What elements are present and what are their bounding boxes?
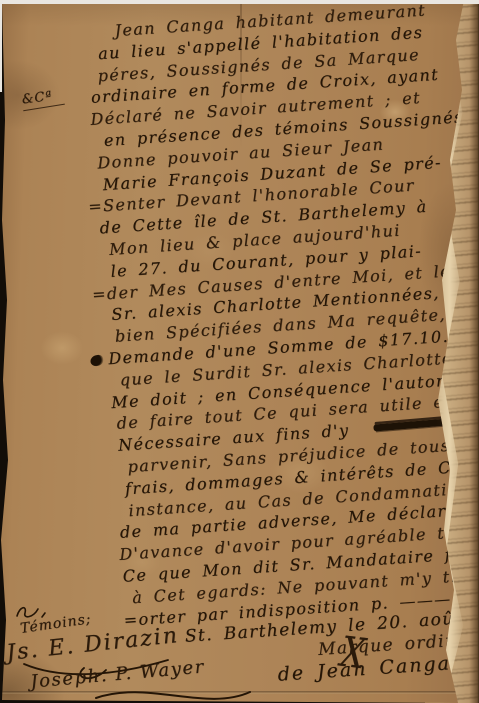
- top-light-strip: [0, 0, 479, 4]
- margin-note-text: &Cª: [21, 89, 53, 108]
- ink-blot: [90, 355, 104, 367]
- manuscript-text: Jean Canga habitant demeurantau lieu s'a…: [86, 0, 479, 696]
- left-light-strip: [0, 0, 2, 92]
- manuscript-photo: &Cª Jean Canga habitant demeurantau lieu…: [0, 0, 479, 703]
- manuscript-body: Jean Canga habitant demeurantau lieu s'a…: [86, 0, 479, 631]
- margin-note: &Cª: [21, 88, 65, 111]
- signature-flourish-icon: [88, 688, 258, 703]
- manuscript-page: &Cª Jean Canga habitant demeurantau lieu…: [0, 0, 479, 703]
- ordinary-mark-x-icon: X: [339, 631, 368, 676]
